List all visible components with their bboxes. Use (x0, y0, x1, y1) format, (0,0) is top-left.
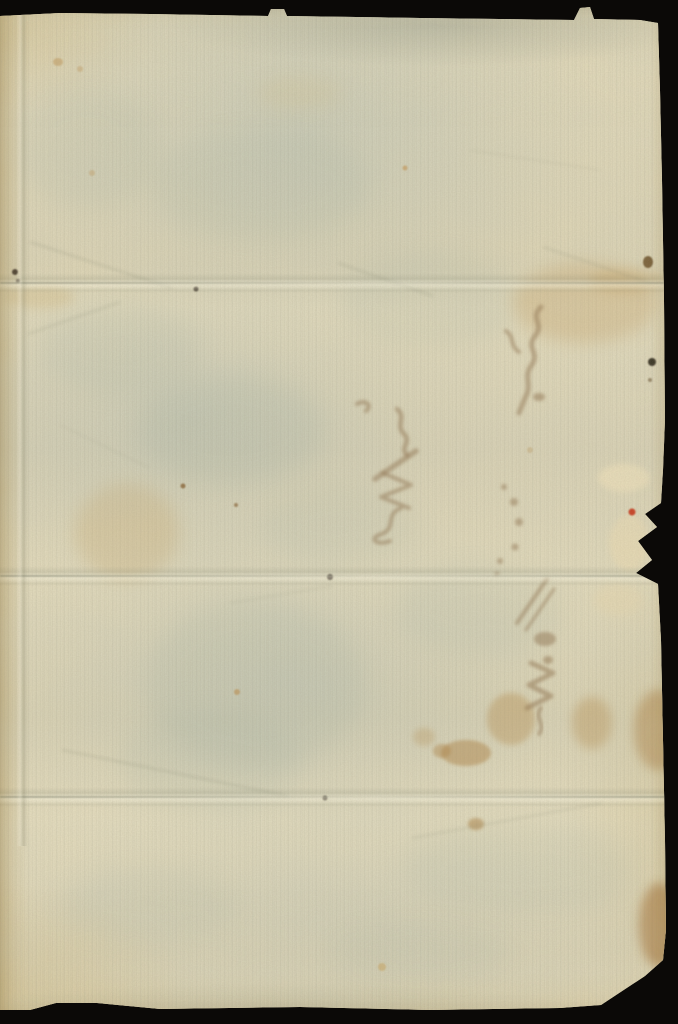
ink-bleedthrough-dot (515, 518, 523, 526)
ink-speck (327, 574, 333, 580)
ink-bleedthrough-mark (519, 307, 541, 413)
bleedthrough-smudge (60, 867, 240, 943)
crumple-crease (62, 750, 288, 796)
ink-speck (181, 484, 186, 489)
foxing-stain (468, 818, 484, 830)
laid-paper-texture (0, 0, 678, 1024)
foxing-stain (634, 690, 678, 770)
foxing-stain (258, 76, 342, 108)
ink-bleedthrough-mark (506, 331, 519, 352)
bleedthrough-smudge (135, 375, 325, 485)
fold-crease-line (0, 796, 678, 798)
crumple-crease (412, 803, 602, 838)
ink-speck (648, 358, 656, 366)
bleedthrough-smudge (150, 130, 370, 240)
ink-bleedthrough-dot (512, 544, 519, 551)
paper-sheet (0, 0, 678, 1024)
bleedthrough-smudge (18, 90, 158, 210)
ink-bleedthrough-mark (527, 663, 553, 708)
fold-crease-highlight (0, 787, 678, 807)
foxing-stain (413, 728, 435, 746)
ink-bleedthrough-dot (534, 632, 556, 646)
crumple-crease (60, 425, 150, 468)
foxing-stain (572, 697, 612, 749)
crumple-crease (338, 263, 433, 296)
crumple-crease (470, 150, 600, 170)
crumple-crease (230, 586, 332, 603)
ink-speck (648, 378, 652, 382)
ink-bleedthrough-mark (381, 473, 411, 508)
vertical-crease (16, 14, 28, 846)
ink-bleedthrough-dot (543, 656, 553, 664)
foxing-stain (77, 66, 83, 72)
bleedthrough-smudge (405, 823, 635, 913)
ink-bleedthrough-mark (538, 708, 541, 734)
ink-bleedthrough-dot (533, 393, 545, 401)
ink-bleedthrough-mark (375, 451, 416, 479)
bleedthrough-smudge (330, 922, 510, 982)
fold-crease-line (0, 575, 678, 577)
ink-speck (16, 279, 20, 283)
mottle-layer (0, 0, 678, 1024)
ink-speck (323, 796, 328, 801)
ink-speck (234, 503, 238, 507)
bleedthrough-smudge (40, 305, 200, 395)
red-wax-spot (629, 509, 636, 516)
ink-bleedthrough-mark (397, 409, 407, 455)
foxing-stain (593, 584, 643, 616)
ink-bleedthrough-mark (526, 589, 554, 630)
foxing-stain (403, 166, 408, 171)
foxing-stain (234, 689, 240, 695)
foxing-stain (53, 58, 63, 66)
paper-grain-texture (0, 0, 678, 1024)
ink-bleedthrough-dot (497, 558, 503, 564)
fold-crease-highlight (0, 273, 678, 293)
ink-speck (12, 269, 18, 275)
foxing-stain (527, 447, 533, 453)
fold-crease-line (0, 282, 678, 284)
ink-bleedthrough-dot (495, 572, 500, 577)
scanner-background (0, 0, 678, 1024)
bleedthrough-smudge (340, 252, 520, 348)
crumple-crease (543, 247, 650, 283)
bleedthrough-smudge (395, 565, 565, 655)
stains-and-ink-marks-overlay (0, 0, 678, 1024)
fold-crease-highlight (0, 566, 678, 586)
ink-bleedthrough-mark (375, 508, 401, 543)
foxing-stain (609, 515, 649, 571)
grain-layer (0, 0, 678, 1024)
ink-bleedthrough-dot (510, 498, 518, 506)
ink-bleedthrough-dot (501, 484, 507, 490)
foxing-stain (639, 883, 678, 967)
foxing-stain (598, 464, 650, 492)
bleedthrough-smudge (120, 710, 300, 810)
foxing-stain (643, 256, 653, 268)
ink-bleedthrough-mark (357, 402, 369, 411)
bleedthrough-smudge (260, 487, 420, 563)
foxing-stain (441, 740, 491, 766)
foxing-stain (89, 170, 95, 176)
crumple-crease (28, 302, 120, 334)
foxing-stain (589, 269, 665, 293)
foxing-stain (378, 963, 386, 971)
ink-speck (194, 287, 199, 292)
foxing-stain (75, 484, 179, 580)
foxing-stain (433, 744, 451, 758)
ink-bleedthrough-mark (517, 579, 547, 623)
bleedthrough-smudge (145, 600, 365, 770)
foxing-stain (513, 263, 657, 343)
foxing-stain (6, 285, 74, 309)
crumple-crease (30, 242, 172, 288)
foxing-stain (487, 693, 535, 745)
